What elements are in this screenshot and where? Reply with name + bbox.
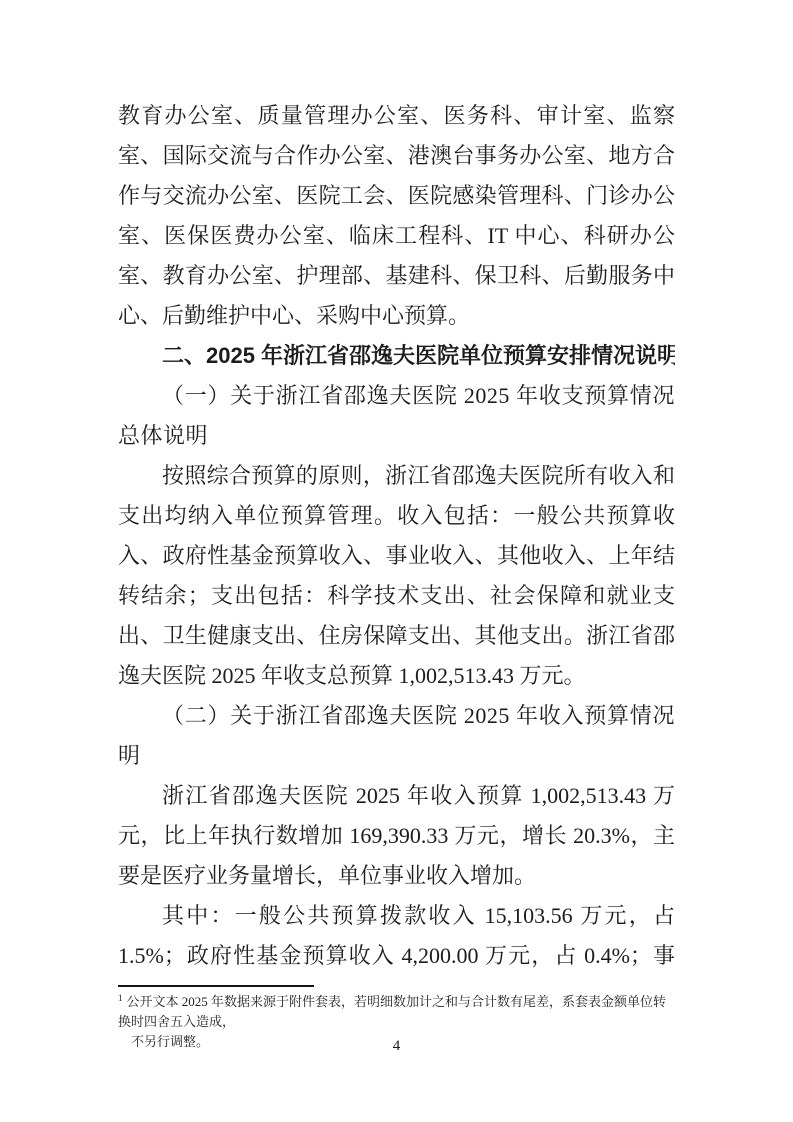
text-line: 出、卫生健康支出、住房保障支出、其他支出。浙江省邵 <box>118 616 675 656</box>
text-line: 浙江省邵逸夫医院 2025 年收入预算 1,002,513.43 万 <box>118 776 675 816</box>
text-line: 要是医疗业务量增长，单位事业收入增加。 <box>118 856 675 896</box>
footnote-line: 1公开文本 2025 年数据来源于附件套表，若明细数加计之和与合计数有尾差，系套… <box>118 992 675 1032</box>
text-line: 室、国际交流与合作办公室、港澳台事务办公室、地方合 <box>118 136 675 176</box>
text-line: 总体说明 <box>118 416 675 456</box>
paragraph-breakdown: 其中：一般公共预算拨款收入 15,103.56 万元，占 1.5%；政府性基金预… <box>118 896 675 976</box>
text-line: 其中：一般公共预算拨款收入 15,103.56 万元，占 <box>118 896 675 936</box>
subsection-heading-1: （一）关于浙江省邵逸夫医院 2025 年收支预算情况的 总体说明 <box>118 376 675 456</box>
section-heading: 二、2025 年浙江省邵逸夫医院单位预算安排情况说明1 <box>118 336 675 376</box>
text-line: 按照综合预算的原则，浙江省邵逸夫医院所有收入和 <box>118 456 675 496</box>
paragraph-departments: 教育办公室、质量管理办公室、医务科、审计室、监察 室、国际交流与合作办公室、港澳… <box>118 96 675 336</box>
section-heading-text: 二、2025 年浙江省邵逸夫医院单位预算安排情况说明 <box>162 343 675 368</box>
text-line: （二）关于浙江省邵逸夫医院 2025 年收入预算情况说 <box>118 696 675 736</box>
text-line: 入、政府性基金预算收入、事业收入、其他收入、上年结 <box>118 536 675 576</box>
text-line: 心、后勤维护中心、采购中心预算。 <box>118 296 675 336</box>
paragraph-overview: 按照综合预算的原则，浙江省邵逸夫医院所有收入和 支出均纳入单位预算管理。收入包括… <box>118 456 675 696</box>
text-line: 教育办公室、质量管理办公室、医务科、审计室、监察 <box>118 96 675 136</box>
text-line: 支出均纳入单位预算管理。收入包括：一般公共预算收 <box>118 496 675 536</box>
text-line: 逸夫医院 2025 年收支总预算 1,002,513.43 万元。 <box>118 656 675 696</box>
footnote-marker: 1 <box>118 993 123 1003</box>
text-line: 作与交流办公室、医院工会、医院感染管理科、门诊办公 <box>118 176 675 216</box>
content-area: 教育办公室、质量管理办公室、医务科、审计室、监察 室、国际交流与合作办公室、港澳… <box>118 96 675 976</box>
footnote-separator <box>118 985 314 987</box>
text-line: 室、医保医费办公室、临床工程科、IT 中心、科研办公 <box>118 216 675 256</box>
text-line: 元，比上年执行数增加 169,390.33 万元，增长 20.3%，主 <box>118 816 675 856</box>
subsection-heading-2: （二）关于浙江省邵逸夫医院 2025 年收入预算情况说 明 <box>118 696 675 776</box>
page-number: 4 <box>0 1038 793 1055</box>
document-page: 教育办公室、质量管理办公室、医务科、审计室、监察 室、国际交流与合作办公室、港澳… <box>0 0 793 1122</box>
text-line: （一）关于浙江省邵逸夫医院 2025 年收支预算情况的 <box>118 376 675 416</box>
text-line: 转结余；支出包括：科学技术支出、社会保障和就业支 <box>118 576 675 616</box>
footnote-text: 公开文本 2025 年数据来源于附件套表，若明细数加计之和与合计数有尾差，系套表… <box>118 994 666 1029</box>
text-line: 明 <box>118 736 675 776</box>
text-line: 室、教育办公室、护理部、基建科、保卫科、后勤服务中 <box>118 256 675 296</box>
text-line: 1.5%；政府性基金预算收入 4,200.00 万元，占 0.4%；事业 <box>118 936 675 976</box>
paragraph-income: 浙江省邵逸夫医院 2025 年收入预算 1,002,513.43 万 元，比上年… <box>118 776 675 896</box>
